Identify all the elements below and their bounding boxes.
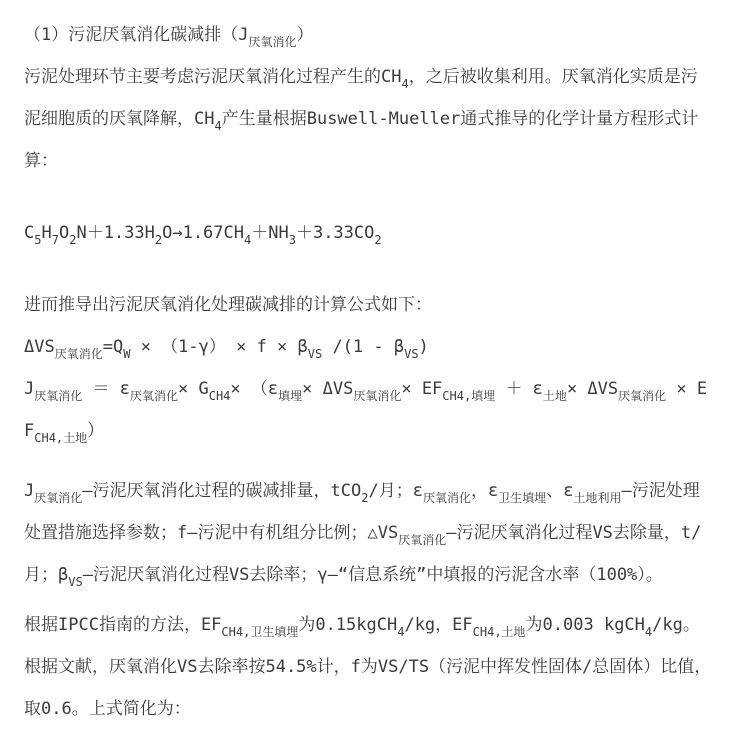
subscript: 厌氧消化 (398, 533, 446, 547)
subscript: 卫生填埋 (498, 491, 546, 505)
subscript: CH4,卫生填埋 (221, 625, 298, 639)
subscript: 厌氧消化 (34, 389, 82, 403)
subscript: 厌氧消化 (353, 389, 401, 403)
subscript: CH4,填埋 (442, 389, 495, 403)
subscript: 4 (397, 625, 404, 639)
subscript: 3 (289, 233, 296, 247)
subscript: VS (404, 347, 418, 361)
subscript: 4 (645, 625, 652, 639)
subscript: 土地 (543, 389, 567, 403)
subscript: 厌氧消化 (248, 35, 296, 49)
parameter-values: 根据IPCC指南的方法，EFCH4,卫生填埋为0.15kgCH4/kg，EFCH… (24, 604, 713, 729)
subscript: 厌氧消化 (618, 389, 666, 403)
section-heading: （1）污泥厌氧消化碳减排（J厌氧消化） (24, 14, 713, 56)
subscript: 填埋 (278, 389, 302, 403)
subscript: 厌氧消化 (55, 347, 103, 361)
subscript: 4 (244, 233, 251, 247)
subscript: 4 (401, 77, 408, 91)
subscript: 2 (361, 491, 368, 505)
document-page: （1）污泥厌氧消化碳减排（J厌氧消化） 污泥处理环节主要考虑污泥厌氧消化过程产生… (0, 0, 735, 729)
subscript: VS (308, 347, 322, 361)
formula-delta-vs: ΔVS厌氧消化=QW × （1-γ） × f × βVS /(1 - βVS) (24, 326, 713, 368)
subscript: 土地利用 (573, 491, 621, 505)
subscript: 2 (155, 233, 162, 247)
derivation-lead: 进而推导出污泥厌氧消化处理碳减排的计算公式如下： (24, 284, 713, 326)
intro-paragraph: 污泥处理环节主要考虑污泥厌氧消化过程产生的CH4，之后被收集利用。厌氧消化实质是… (24, 56, 713, 182)
subscript: 厌氧消化 (423, 491, 471, 505)
subscript: 7 (52, 233, 59, 247)
subscript: 2 (69, 233, 76, 247)
subscript: VS (68, 575, 82, 589)
subscript: W (123, 347, 130, 361)
subscript: CH4,土地 (473, 625, 526, 639)
subscript: 2 (374, 233, 381, 247)
subscript: 厌氧消化 (130, 389, 178, 403)
chemical-equation: C5H7O2N＋1.33H2O→1.67CH4＋NH3＋3.33CO2 (24, 212, 713, 254)
formula-j: J厌氧消化 ＝ ε厌氧消化× GCH4× （ε填埋× ΔVS厌氧消化× EFCH… (24, 368, 713, 452)
subscript: 5 (34, 233, 41, 247)
subscript: CH4,土地 (34, 431, 87, 445)
subscript: CH4 (209, 389, 231, 403)
subscript: 厌氧消化 (34, 491, 82, 505)
symbol-definitions: J厌氧消化—污泥厌氧消化过程的碳减排量，tCO2/月；ε厌氧消化，ε卫生填埋、ε… (24, 470, 713, 596)
subscript: 4 (214, 119, 221, 133)
